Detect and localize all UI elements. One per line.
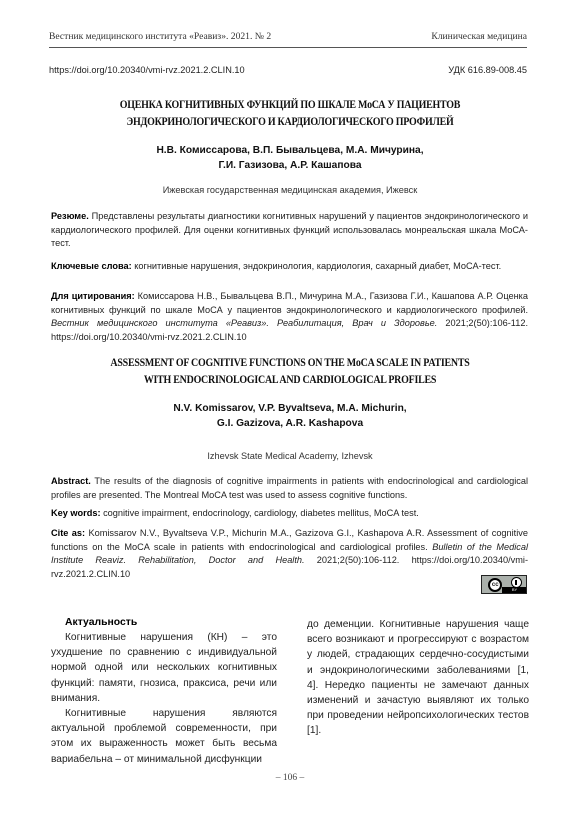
keywords-ru-label: Ключевые слова: <box>51 261 132 271</box>
body-column-left: Актуальность Когнитивные нарушения (КН) … <box>51 615 277 767</box>
running-header: Вестник медицинского института «Реавиз».… <box>49 31 527 42</box>
citation-en: Cite as: Komissarov N.V., Byvaltseva V.P… <box>51 527 528 581</box>
cc-by-license-icon[interactable]: cc BY <box>481 575 527 594</box>
summary-ru-text: Представлены результаты диагностики когн… <box>51 211 528 248</box>
citation-ru: Для цитирования: Комиссарова Н.В., Бывал… <box>51 290 528 344</box>
section-heading: Актуальность <box>51 615 277 630</box>
keywords-en-text: cognitive impairment, endocrinology, car… <box>101 508 419 518</box>
affiliation-ru: Ижевская государственная медицинская ака… <box>40 185 540 195</box>
summary-ru: Резюме. Представлены результаты диагност… <box>51 210 528 251</box>
keywords-ru-text: когнитивные нарушения, эндокринология, к… <box>132 261 502 271</box>
section-name: Клиническая медицина <box>431 31 527 42</box>
keywords-en: Key words: cognitive impairment, endocri… <box>51 507 528 521</box>
person-icon <box>511 577 522 588</box>
keywords-ru: Ключевые слова: когнитивные нарушения, э… <box>51 260 528 274</box>
header-rule <box>49 47 527 48</box>
summary-ru-label: Резюме. <box>51 211 89 221</box>
body-column-right: до деменции. Когнитивные нарушения чаще … <box>307 617 529 739</box>
authors-ru-line1: Н.В. Комиссарова, В.П. Бывальцева, М.А. … <box>40 143 540 158</box>
body-paragraph: Когнитивные нарушения являются актуально… <box>51 706 277 767</box>
title-ru: ОЦЕНКА КОГНИТИВНЫХ ФУНКЦИЙ ПО ШКАЛЕ МоСА… <box>75 96 505 130</box>
by-label: BY <box>502 587 527 593</box>
body-paragraph: Когнитивные нарушения (КН) – это ухудшен… <box>51 630 277 706</box>
abstract-en-text: The results of the diagnosis of cognitiv… <box>51 476 528 500</box>
title-ru-line2: ЭНДОКРИНОЛОГИЧЕСКОГО И КАРДИОЛОГИЧЕСКОГО… <box>75 113 505 130</box>
authors-en-line1: N.V. Komissarov, V.P. Byvaltseva, M.A. M… <box>40 401 540 416</box>
affiliation-en: Izhevsk State Medical Academy, Izhevsk <box>40 451 540 461</box>
title-ru-line1: ОЦЕНКА КОГНИТИВНЫХ ФУНКЦИЙ ПО ШКАЛЕ МоСА… <box>75 96 505 113</box>
authors-en-line2: G.I. Gazizova, A.R. Kashapova <box>40 416 540 431</box>
title-en-line1: ASSESSMENT OF COGNITIVE FUNCTIONS ON THE… <box>75 354 505 371</box>
abstract-en: Abstract. The results of the diagnosis o… <box>51 475 528 502</box>
citation-ru-journal: Вестник медицинского института «Реавиз».… <box>51 318 437 328</box>
citation-en-label: Cite as: <box>51 528 85 538</box>
authors-ru: Н.В. Комиссарова, В.П. Бывальцева, М.А. … <box>40 143 540 173</box>
abstract-en-label: Abstract. <box>51 476 91 486</box>
title-en-line2: WITH ENDOCRINOLOGICAL AND CARDIOLOGICAL … <box>75 371 505 388</box>
keywords-en-label: Key words: <box>51 508 101 518</box>
doi-line: https://doi.org/10.20340/vmi-rvz.2021.2.… <box>49 65 527 75</box>
udc-code: УДК 616.89-008.45 <box>448 65 527 75</box>
body-paragraph: до деменции. Когнитивные нарушения чаще … <box>307 617 529 739</box>
cc-icon: cc <box>488 578 502 592</box>
authors-en: N.V. Komissarov, V.P. Byvaltseva, M.A. M… <box>40 401 540 431</box>
journal-name: Вестник медицинского института «Реавиз».… <box>49 31 271 42</box>
citation-ru-label: Для цитирования: <box>51 291 135 301</box>
page-number: – 106 – <box>240 773 340 783</box>
doi-link[interactable]: https://doi.org/10.20340/vmi-rvz.2021.2.… <box>49 65 245 75</box>
title-en: ASSESSMENT OF COGNITIVE FUNCTIONS ON THE… <box>75 354 505 388</box>
authors-ru-line2: Г.И. Газизова, А.Р. Кашапова <box>40 158 540 173</box>
